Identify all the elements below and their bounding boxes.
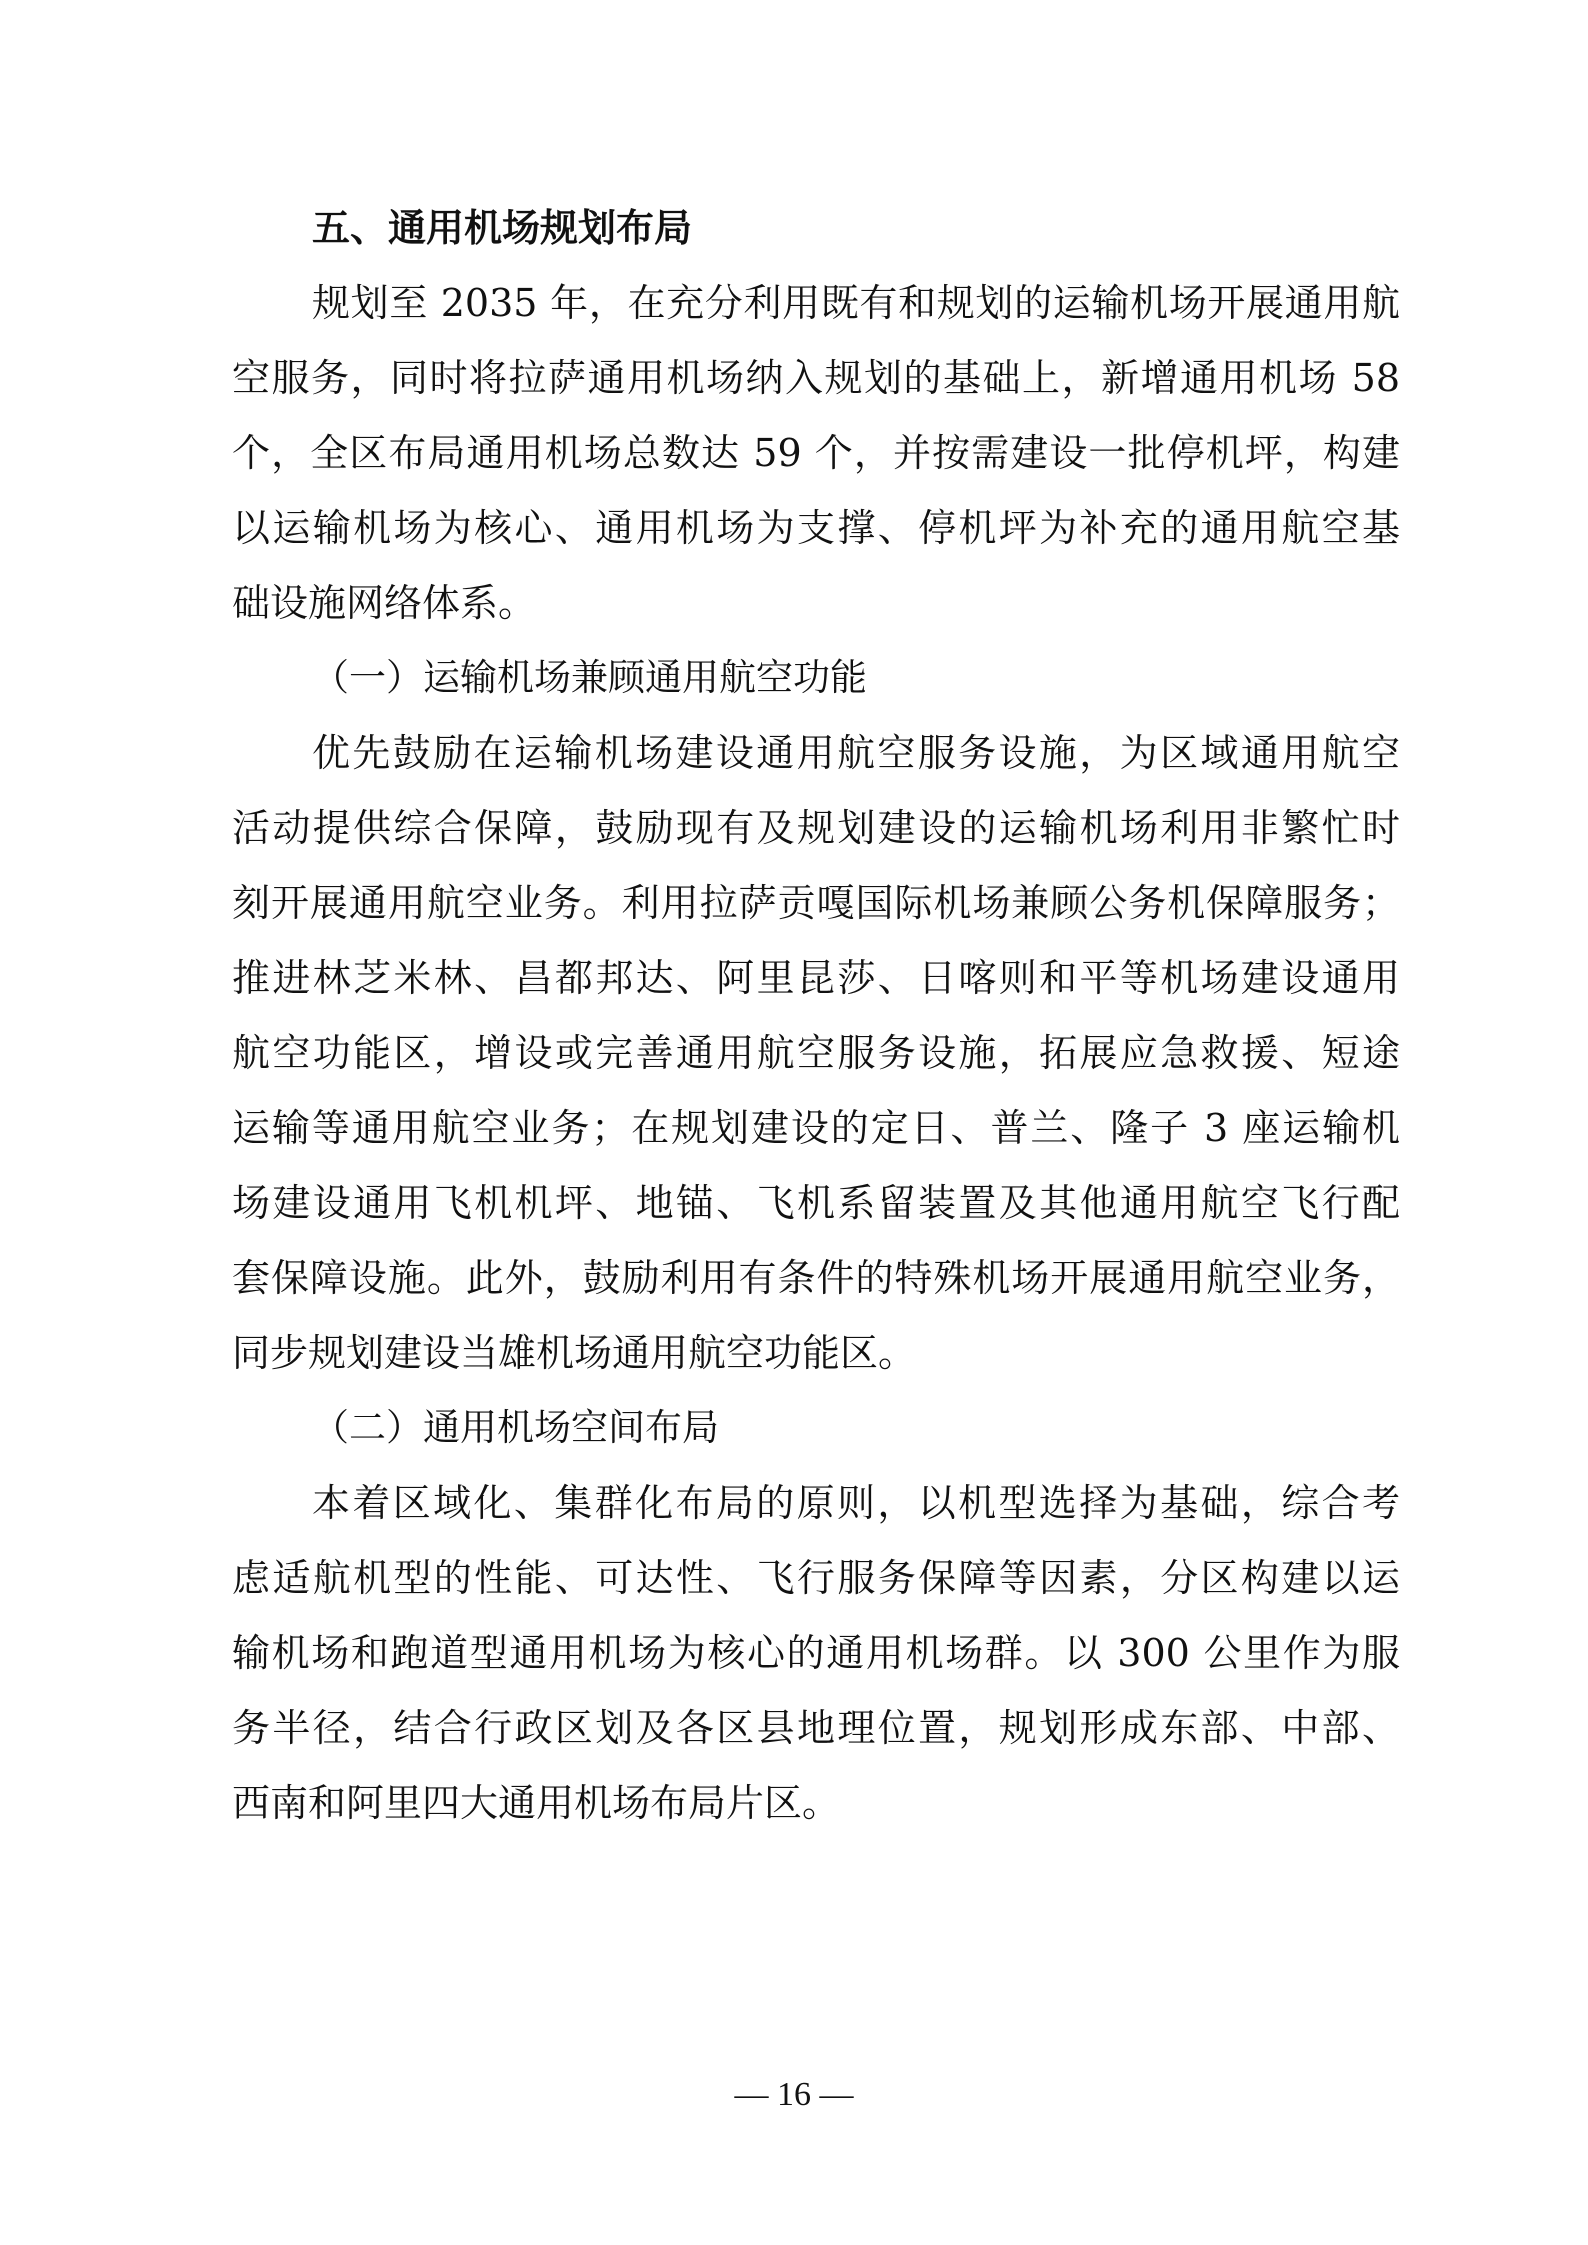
page-number: — 16 — (0, 2070, 1588, 2120)
paragraph-line: 西南和阿里四大通用机场布局片区。 (232, 1775, 840, 1831)
subsection-title-2: （二）通用机场空间布局 (312, 1400, 719, 1456)
paragraph-line: 个，全区布局通用机场总数达 59 个，并按需建设一批停机坪，构建 (232, 425, 1400, 481)
document-page: 五、通用机场规划布局 规划至 2035 年，在充分利用既有和规划的运输机场开展通… (0, 0, 1588, 2245)
paragraph-line: 规划至 2035 年，在充分利用既有和规划的运输机场开展通用航 (312, 275, 1400, 331)
paragraph-line: 场建设通用飞机机坪、地锚、飞机系留装置及其他通用航空飞行配 (232, 1175, 1400, 1231)
paragraph-line: 同步规划建设当雄机场通用航空功能区。 (232, 1325, 916, 1381)
subsection-title-1: （一）运输机场兼顾通用航空功能 (312, 650, 867, 706)
paragraph-line: 虑适航机型的性能、可达性、飞行服务保障等因素，分区构建以运 (232, 1550, 1400, 1606)
section-title: 五、通用机场规划布局 (312, 200, 692, 256)
paragraph-line: 航空功能区，增设或完善通用航空服务设施，拓展应急救援、短途 (232, 1025, 1400, 1081)
paragraph-line: 输机场和跑道型通用机场为核心的通用机场群。以 300 公里作为服 (232, 1625, 1400, 1681)
paragraph-line: 务半径，结合行政区划及各区县地理位置，规划形成东部、中部、 (232, 1700, 1400, 1756)
paragraph-line: 础设施网络体系。 (232, 575, 536, 631)
paragraph-line: 运输等通用航空业务；在规划建设的定日、普兰、隆子 3 座运输机 (232, 1100, 1400, 1156)
paragraph-line: 以运输机场为核心、通用机场为支撑、停机坪为补充的通用航空基 (232, 500, 1400, 556)
paragraph-line: 套保障设施。此外，鼓励利用有条件的特殊机场开展通用航空业务， (232, 1250, 1400, 1306)
paragraph-line: 空服务，同时将拉萨通用机场纳入规划的基础上，新增通用机场 58 (232, 350, 1400, 406)
paragraph-line: 优先鼓励在运输机场建设通用航空服务设施，为区域通用航空 (312, 725, 1400, 781)
paragraph-line: 本着区域化、集群化布局的原则，以机型选择为基础，综合考 (312, 1475, 1400, 1531)
paragraph-line: 推进林芝米林、昌都邦达、阿里昆莎、日喀则和平等机场建设通用 (232, 950, 1400, 1006)
paragraph-line: 活动提供综合保障，鼓励现有及规划建设的运输机场利用非繁忙时 (232, 800, 1400, 856)
paragraph-line: 刻开展通用航空业务。利用拉萨贡嘎国际机场兼顾公务机保障服务； (232, 875, 1400, 931)
